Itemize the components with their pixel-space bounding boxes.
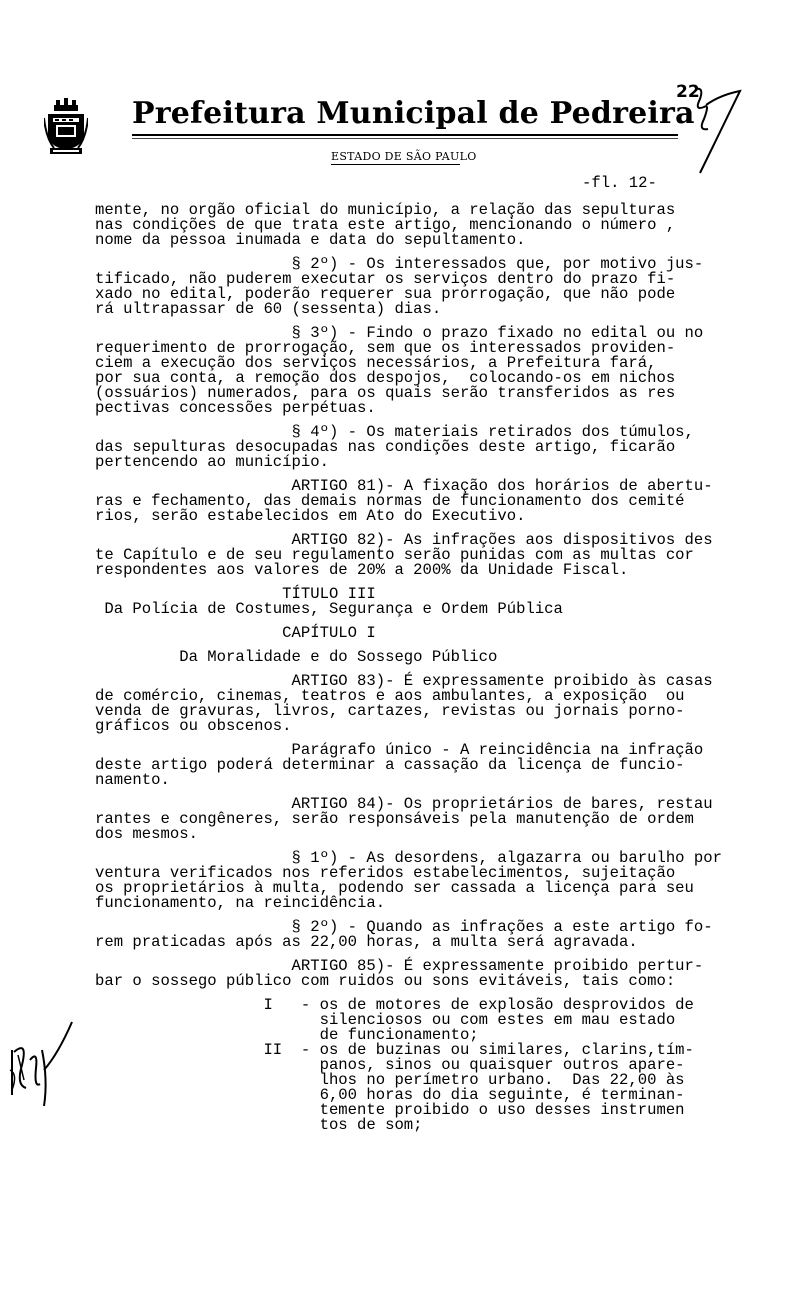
state-subtitle: ESTADO DE SÃO PAULO xyxy=(331,150,477,163)
body-text-line: nome da pessoa inumada e data do sepulta… xyxy=(95,233,525,248)
body-text-line: rem praticadas após as 22,00 horas, a mu… xyxy=(95,935,638,950)
body-text-line: Da Moralidade e do Sossego Público xyxy=(95,650,497,665)
body-text-line: tos de som; xyxy=(95,1118,423,1133)
body-text-line: pectivas concessões perpétuas. xyxy=(95,401,376,416)
title-rule-secondary xyxy=(132,138,678,139)
body-text-line: rá ultrapassar de 60 (sessenta) dias. xyxy=(95,302,441,317)
coat-of-arms-icon xyxy=(44,98,88,156)
body-text-line: Da Polícia de Costumes, Segurança e Orde… xyxy=(95,602,563,617)
body-text-line: pertencendo ao município. xyxy=(95,455,329,470)
page-title: Prefeitura Municipal de Pedreira xyxy=(132,96,695,131)
initials-signature-icon xyxy=(690,85,750,175)
body-text-line: respondentes aos valores de 20% a 200% d… xyxy=(95,563,628,578)
body-text-line: rios, serão estabelecidos em Ato do Exec… xyxy=(95,509,525,524)
body-text-line: funcionamento, na reincidência. xyxy=(95,896,385,911)
state-rule xyxy=(331,164,460,165)
body-text-line: gráficos ou obscenos. xyxy=(95,719,292,734)
body-text-line: dos mesmos. xyxy=(95,827,198,842)
body-text-line: bar o sossego público com ruidos ou sons… xyxy=(95,974,675,989)
body-text-line: namento. xyxy=(95,773,170,788)
body-text-line: CAPÍTULO I xyxy=(95,626,376,641)
title-rule xyxy=(132,134,678,136)
body-text-line: deste artigo poderá determinar a cassaçã… xyxy=(95,758,685,773)
signature-icon xyxy=(0,1010,100,1120)
folio-number: -fl. 12- xyxy=(582,176,657,191)
